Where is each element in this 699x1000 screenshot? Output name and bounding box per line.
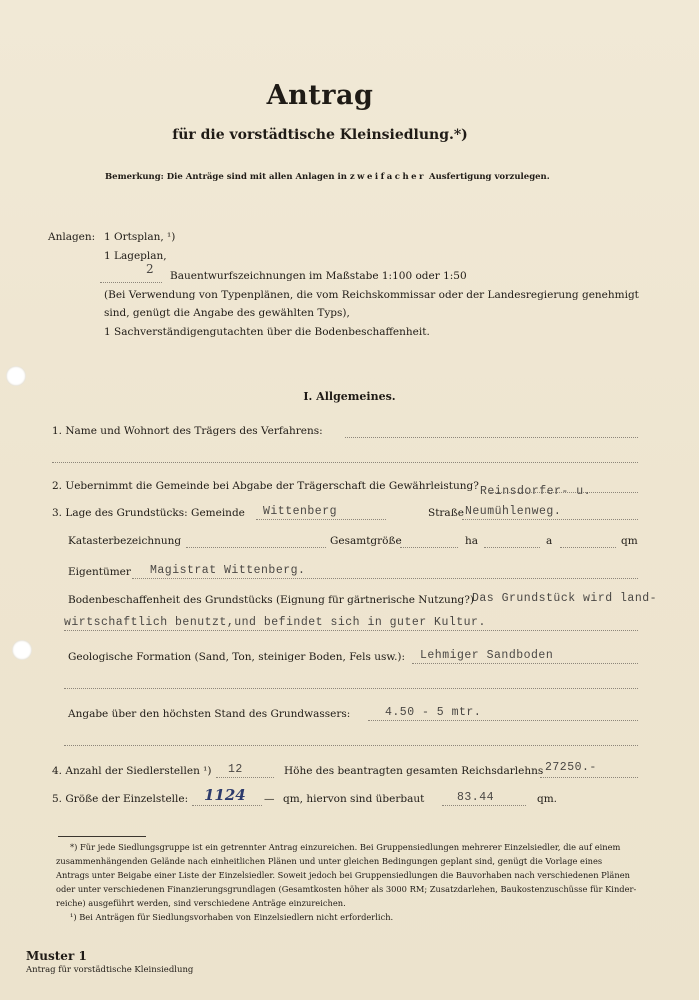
punch-hole-top: [6, 366, 26, 386]
q4-count-field[interactable]: 12: [228, 763, 243, 776]
eigentuemer-line: [132, 578, 638, 579]
remark-label: Bemerkung:: [105, 172, 164, 182]
ueberbaut-line: [442, 805, 526, 806]
boden-line-2: [64, 630, 638, 631]
footnote-one: ¹) Bei Anträgen für Siedlungsvorhaben vo…: [70, 910, 393, 924]
footnote-star-1: *) Für jede Siedlungsgruppe ist ein getr…: [70, 840, 620, 854]
geo-field[interactable]: Lehmiger Sandboden: [420, 649, 553, 662]
q3-strasse-line: [462, 519, 638, 520]
attachment-gutachten: 1 Sachverständigengutachten über die Bod…: [104, 326, 430, 338]
footnote-star-3: Antrags unter Beigabe einer Liste der Ei…: [56, 868, 630, 882]
footnote-star-4: oder unter verschiedenen Finanzierungsgr…: [56, 882, 636, 896]
footnote-divider: [58, 836, 146, 837]
drawings-count-field[interactable]: 2: [146, 262, 154, 276]
boden-label: Bodenbeschaffenheit des Grundstücks (Eig…: [68, 594, 474, 606]
q3-gemeinde-field[interactable]: Wittenberg: [263, 505, 337, 518]
darlehn-label: Höhe des beantragten gesamten Reichsdarl…: [284, 765, 543, 777]
document-subtitle: für die vorstädtische Kleinsiedlung.*): [0, 127, 640, 143]
q3-label: 3. Lage des Grundstücks: Gemeinde: [52, 507, 245, 519]
kataster-label: Katasterbezeichnung: [68, 535, 181, 547]
q1-field-line-2[interactable]: [52, 462, 638, 463]
q3-strasse-field[interactable]: Neumühlenweg.: [465, 505, 561, 518]
a-label: a: [546, 535, 552, 547]
q5-dash: —: [264, 793, 275, 805]
gesamtgroesse-label: Gesamtgröße: [330, 535, 402, 547]
q1-label: 1. Name und Wohnort des Trägers des Verf…: [52, 425, 323, 437]
attachment-lageplan: 1 Lageplan,: [104, 250, 167, 262]
q1-field-line-1[interactable]: [345, 437, 638, 438]
document-title: Antrag: [0, 80, 640, 111]
ueberbaut-field[interactable]: 83.44: [457, 791, 494, 804]
a-field[interactable]: [484, 547, 540, 548]
attachment-typenplan-note-2: sind, genügt die Angabe des gewählten Ty…: [104, 307, 350, 319]
eigentuemer-label: Eigentümer: [68, 566, 131, 578]
darlehn-line: [540, 777, 638, 778]
boden-field-line1[interactable]: Das Grundstück wird land-: [472, 592, 657, 605]
grundwasser-field[interactable]: 4.50 - 5 mtr.: [385, 706, 481, 719]
geo-line: [412, 663, 638, 664]
q2-label: 2. Uebernimmt die Gemeinde bei Abgabe de…: [52, 480, 479, 492]
q3-strasse-line1: Reinsdorfer- u.: [480, 485, 591, 498]
q5-qm-label: qm, hiervon sind überbaut: [283, 793, 424, 805]
q4-label: 4. Anzahl der Siedlerstellen ¹): [52, 765, 211, 777]
attachments-label: Anlagen:: [48, 231, 95, 243]
eigentuemer-field[interactable]: Magistrat Wittenberg.: [150, 564, 305, 577]
ha-label: ha: [465, 535, 478, 547]
remark-spaced: zweifacher: [350, 172, 426, 182]
grundwasser-label: Angabe über den höchsten Stand des Grund…: [68, 708, 350, 720]
form-number: Muster 1: [26, 949, 87, 963]
drawings-count-line: [100, 282, 162, 283]
qm-field[interactable]: [560, 547, 616, 548]
geo-label: Geologische Formation (Sand, Ton, steini…: [68, 651, 405, 663]
punch-hole-bottom: [12, 640, 32, 660]
document-page: Antrag für die vorstädtische Kleinsiedlu…: [0, 0, 699, 1000]
footnote-star-2: zusammenhängenden Gelände nach einheitli…: [56, 854, 602, 868]
attachment-bauentwurf: Bauentwurfszeichnungen im Maßstabe 1:100…: [170, 270, 467, 282]
ha-field[interactable]: [400, 547, 458, 548]
form-name: Antrag für vorstädtische Kleinsiedlung: [26, 965, 193, 975]
remark-text-after: Ausfertigung vorzulegen.: [429, 172, 550, 182]
qm-label: qm: [621, 535, 638, 547]
kataster-field[interactable]: [186, 547, 326, 548]
grundwasser-line: [368, 720, 638, 721]
geo-line-2[interactable]: [64, 688, 638, 689]
q3-gemeinde-line: [256, 519, 386, 520]
q3-strasse-label: Straße: [428, 507, 464, 519]
q4-count-line: [216, 777, 274, 778]
section-heading: I. Allgemeines.: [0, 390, 699, 403]
grundwasser-line-2[interactable]: [64, 745, 638, 746]
q5-label: 5. Größe der Einzelstelle:: [52, 793, 188, 805]
darlehn-field[interactable]: 27250.-: [545, 761, 597, 774]
attachment-typenplan-note-1: (Bei Verwendung von Typenplänen, die vom…: [104, 289, 639, 301]
attachment-ortsplan: 1 Ortsplan, ¹): [104, 231, 175, 243]
remark-text-before: Die Anträge sind mit allen Anlagen in: [167, 172, 347, 182]
boden-field-line2[interactable]: wirtschaftlich benutzt,und befindet sich…: [64, 616, 486, 629]
q5-size-line: [192, 805, 262, 806]
footnote-star-5: reiche) ausgeführt werden, sind verschie…: [56, 896, 346, 910]
q5-qm-end: qm.: [537, 793, 557, 805]
q5-size-field[interactable]: 1124: [204, 786, 246, 804]
remark: Bemerkung: Die Anträge sind mit allen An…: [105, 172, 550, 182]
